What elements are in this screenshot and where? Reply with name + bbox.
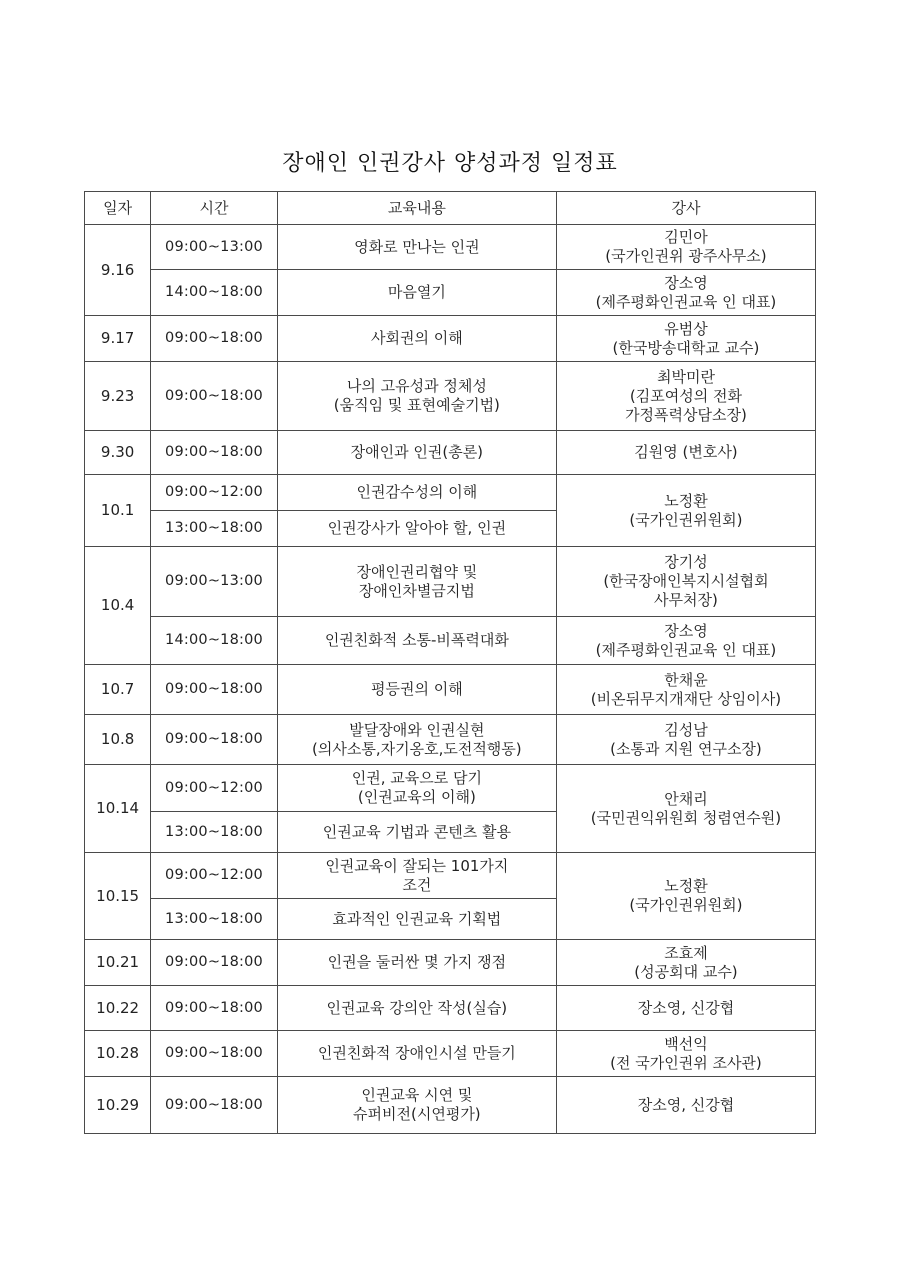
- table-row: 10.22 09:00~18:00 인권교육 강의안 작성(실습) 장소영, 신…: [85, 986, 816, 1031]
- date-cell: 10.22: [85, 986, 151, 1031]
- content-cell: 장애인과 인권(총론): [277, 431, 556, 475]
- content-cell: 인권교육 기법과 콘텐츠 활용: [277, 812, 556, 853]
- instructor-cell: 장소영, 신강협: [556, 1077, 815, 1134]
- table-row: 9.23 09:00~18:00 나의 고유성과 정체성 (움직임 및 표현예술…: [85, 362, 816, 431]
- date-cell: 10.21: [85, 940, 151, 986]
- table-row: 10.1 09:00~12:00 인권감수성의 이해 노정환 (국가인권위원회): [85, 475, 816, 511]
- instructor-cell: 김원영 (변호사): [556, 431, 815, 475]
- time-cell: 09:00~18:00: [151, 316, 278, 362]
- time-cell: 13:00~18:00: [151, 511, 278, 547]
- date-cell: 9.23: [85, 362, 151, 431]
- time-cell: 09:00~18:00: [151, 715, 278, 765]
- instructor-cell: 김민아 (국가인권위 광주사무소): [556, 225, 815, 270]
- table-row: 9.30 09:00~18:00 장애인과 인권(총론) 김원영 (변호사): [85, 431, 816, 475]
- content-cell: 인권강사가 알아야 할, 인권: [277, 511, 556, 547]
- date-cell: 9.17: [85, 316, 151, 362]
- content-cell: 나의 고유성과 정체성 (움직임 및 표현예술기법): [277, 362, 556, 431]
- instructor-cell: 노정환 (국가인권위원회): [556, 475, 815, 547]
- content-cell: 발달장애와 인권실현 (의사소통,자기옹호,도전적행동): [277, 715, 556, 765]
- time-cell: 09:00~18:00: [151, 1031, 278, 1077]
- page-title: 장애인 인권강사 양성과정 일정표: [0, 146, 900, 177]
- table-row: 10.14 09:00~12:00 인권, 교육으로 담기 (인권교육의 이해)…: [85, 765, 816, 812]
- content-cell: 효과적인 인권교육 기획법: [277, 899, 556, 940]
- table-row: 9.16 09:00~13:00 영화로 만나는 인권 김민아 (국가인권위 광…: [85, 225, 816, 270]
- date-cell: 10.7: [85, 665, 151, 715]
- content-cell: 마음열기: [277, 270, 556, 316]
- time-cell: 09:00~13:00: [151, 225, 278, 270]
- date-cell: 10.29: [85, 1077, 151, 1134]
- content-cell: 인권교육 강의안 작성(실습): [277, 986, 556, 1031]
- table-row: 14:00~18:00 인권친화적 소통-비폭력대화 장소영 (제주평화인권교육…: [85, 617, 816, 665]
- time-cell: 13:00~18:00: [151, 812, 278, 853]
- instructor-cell: 백선익 (전 국가인권위 조사관): [556, 1031, 815, 1077]
- instructor-cell: 장기성 (한국장애인복지시설협회 사무처장): [556, 547, 815, 617]
- table-row: 9.17 09:00~18:00 사회권의 이해 유범상 (한국방송대학교 교수…: [85, 316, 816, 362]
- date-cell: 10.8: [85, 715, 151, 765]
- header-date: 일자: [85, 192, 151, 225]
- time-cell: 09:00~18:00: [151, 1077, 278, 1134]
- instructor-cell: 장소영 (제주평화인권교육 인 대표): [556, 617, 815, 665]
- header-row: 일자 시간 교육내용 강사: [85, 192, 816, 225]
- time-cell: 13:00~18:00: [151, 899, 278, 940]
- instructor-cell: 한채윤 (비온뒤무지개재단 상임이사): [556, 665, 815, 715]
- date-cell: 10.28: [85, 1031, 151, 1077]
- time-cell: 14:00~18:00: [151, 617, 278, 665]
- instructor-cell: 안채리 (국민권익위원회 청렴연수원): [556, 765, 815, 853]
- table-row: 10.21 09:00~18:00 인권을 둘러싼 몇 가지 쟁점 조효제 (성…: [85, 940, 816, 986]
- header-instructor: 강사: [556, 192, 815, 225]
- time-cell: 09:00~18:00: [151, 940, 278, 986]
- date-cell: 10.15: [85, 853, 151, 940]
- instructor-cell: 최박미란 (김포여성의 전화 가정폭력상담소장): [556, 362, 815, 431]
- schedule-table: 일자 시간 교육내용 강사 9.16 09:00~13:00 영화로 만나는 인…: [84, 191, 816, 1134]
- time-cell: 09:00~18:00: [151, 665, 278, 715]
- table-row: 10.4 09:00~13:00 장애인권리협약 및 장애인차별금지법 장기성 …: [85, 547, 816, 617]
- content-cell: 사회권의 이해: [277, 316, 556, 362]
- instructor-cell: 노정환 (국가인권위원회): [556, 853, 815, 940]
- time-cell: 09:00~18:00: [151, 362, 278, 431]
- instructor-cell: 유범상 (한국방송대학교 교수): [556, 316, 815, 362]
- content-cell: 인권친화적 소통-비폭력대화: [277, 617, 556, 665]
- time-cell: 09:00~18:00: [151, 431, 278, 475]
- time-cell: 09:00~12:00: [151, 853, 278, 899]
- content-cell: 평등권의 이해: [277, 665, 556, 715]
- table-row: 10.29 09:00~18:00 인권교육 시연 및 슈퍼비전(시연평가) 장…: [85, 1077, 816, 1134]
- table-row: 10.28 09:00~18:00 인권친화적 장애인시설 만들기 백선익 (전…: [85, 1031, 816, 1077]
- instructor-cell: 장소영, 신강협: [556, 986, 815, 1031]
- time-cell: 09:00~12:00: [151, 475, 278, 511]
- content-cell: 영화로 만나는 인권: [277, 225, 556, 270]
- time-cell: 09:00~18:00: [151, 986, 278, 1031]
- content-cell: 인권교육이 잘되는 101가지 조건: [277, 853, 556, 899]
- date-cell: 10.4: [85, 547, 151, 665]
- content-cell: 인권감수성의 이해: [277, 475, 556, 511]
- time-cell: 14:00~18:00: [151, 270, 278, 316]
- time-cell: 09:00~13:00: [151, 547, 278, 617]
- date-cell: 10.1: [85, 475, 151, 547]
- table-row: 10.7 09:00~18:00 평등권의 이해 한채윤 (비온뒤무지개재단 상…: [85, 665, 816, 715]
- instructor-cell: 조효제 (성공회대 교수): [556, 940, 815, 986]
- header-time: 시간: [151, 192, 278, 225]
- time-cell: 09:00~12:00: [151, 765, 278, 812]
- content-cell: 인권을 둘러싼 몇 가지 쟁점: [277, 940, 556, 986]
- date-cell: 10.14: [85, 765, 151, 853]
- date-cell: 9.16: [85, 225, 151, 316]
- table-row: 10.8 09:00~18:00 발달장애와 인권실현 (의사소통,자기옹호,도…: [85, 715, 816, 765]
- content-cell: 인권, 교육으로 담기 (인권교육의 이해): [277, 765, 556, 812]
- table-row: 10.15 09:00~12:00 인권교육이 잘되는 101가지 조건 노정환…: [85, 853, 816, 899]
- instructor-cell: 김성남 (소통과 지원 연구소장): [556, 715, 815, 765]
- header-content: 교육내용: [277, 192, 556, 225]
- content-cell: 인권친화적 장애인시설 만들기: [277, 1031, 556, 1077]
- content-cell: 장애인권리협약 및 장애인차별금지법: [277, 547, 556, 617]
- date-cell: 9.30: [85, 431, 151, 475]
- table-row: 14:00~18:00 마음열기 장소영 (제주평화인권교육 인 대표): [85, 270, 816, 316]
- instructor-cell: 장소영 (제주평화인권교육 인 대표): [556, 270, 815, 316]
- content-cell: 인권교육 시연 및 슈퍼비전(시연평가): [277, 1077, 556, 1134]
